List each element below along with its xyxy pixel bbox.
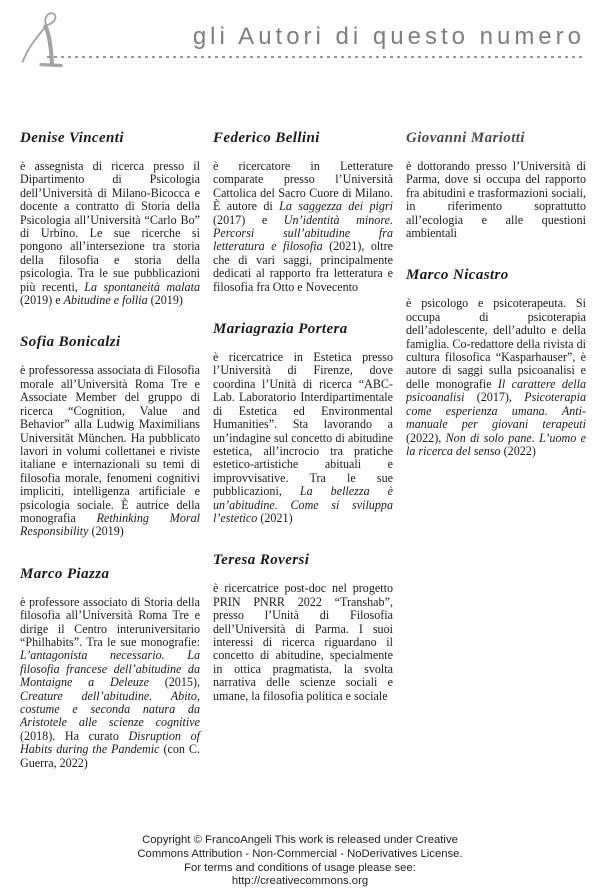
author-name: Mariagrazia Portera — [213, 321, 393, 338]
authors-page: gli Autori di questo numero Denise Vince… — [0, 0, 600, 891]
author-name: Marco Nicastro — [406, 267, 586, 284]
author-columns: Denise Vincentiè assegnista di ricerca p… — [20, 130, 586, 770]
page-header: gli Autori di questo numero — [0, 0, 600, 80]
author-name: Denise Vincenti — [20, 130, 200, 147]
copyright-footer: Copyright © FrancoAngeli This work is re… — [0, 834, 600, 889]
author-name: Giovanni Mariotti — [406, 130, 586, 147]
author-bio: è ricercatrice in Estetica presso l’Univ… — [213, 351, 393, 525]
copyright-line: Copyright © FrancoAngeli This work is re… — [0, 834, 600, 848]
franco-angeli-figure-icon — [18, 7, 64, 71]
author-name: Federico Bellini — [213, 130, 393, 147]
author-column-3: Giovanni Mariottiè dottorando presso l’U… — [406, 130, 586, 458]
license-line: Commons Attribution - Non-Commercial - N… — [0, 848, 600, 862]
author-bio: è professore associato di Storia della f… — [20, 596, 200, 770]
author-name: Marco Piazza — [20, 566, 200, 583]
author-bio: è ricercatore in Letterature comparate p… — [213, 160, 393, 294]
author-bio: è professoressa associata di Filosofia m… — [20, 364, 200, 538]
author-column-2: Federico Belliniè ricercatore in Lettera… — [213, 130, 393, 703]
author-column-1: Denise Vincentiè assegnista di ricerca p… — [20, 130, 200, 770]
page-title: gli Autori di questo numero — [193, 23, 585, 51]
author-name: Teresa Roversi — [213, 552, 393, 569]
terms-line: For terms and conditions of usage please… — [0, 862, 600, 876]
author-bio: è ricercatrice post-doc nel progetto PRI… — [213, 582, 393, 703]
author-bio: è dottorando presso l’Università di Parm… — [406, 160, 586, 240]
author-bio: è assegnista di ricerca presso il Dipart… — [20, 160, 200, 307]
author-name: Sofia Bonicalzi — [20, 334, 200, 351]
dotted-divider — [47, 56, 585, 58]
license-url[interactable]: http://creativecommons.org — [0, 875, 600, 889]
author-bio: è psicologo e psicoterapeuta. Si occupa … — [406, 297, 586, 458]
